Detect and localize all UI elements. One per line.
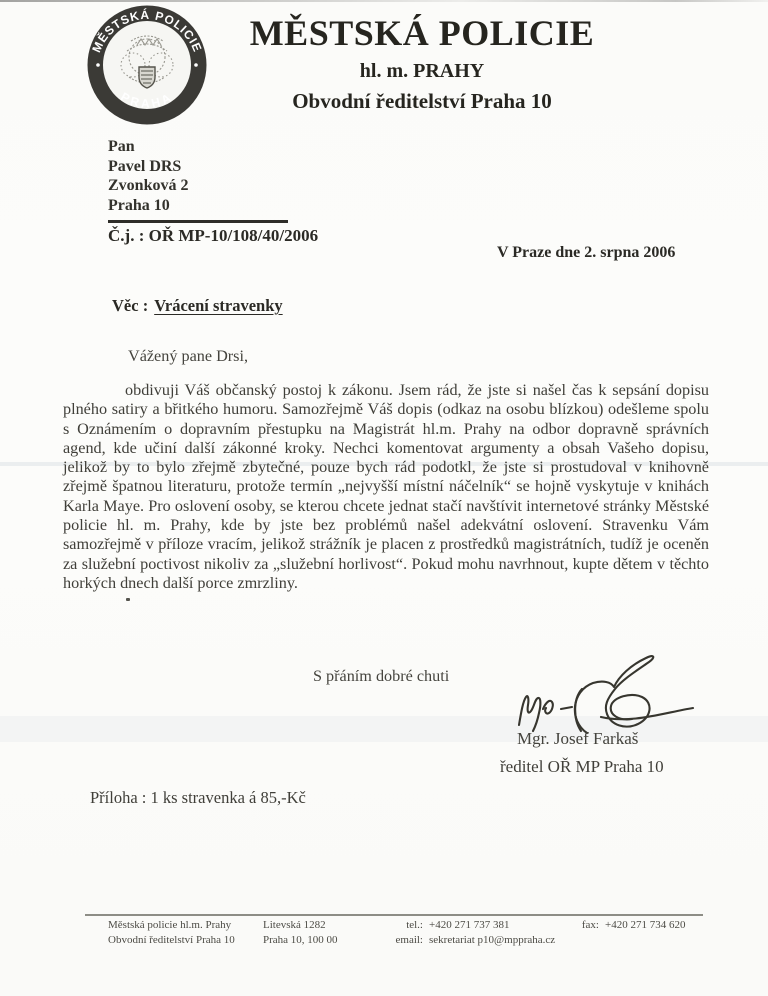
letter-page: MĚSTSKÁ POLICIE PRAHA MĚSTSKÁ POLICIE hl… <box>0 0 768 996</box>
scan-speck-artifact <box>126 598 130 601</box>
footer-tel-label: tel.: <box>385 918 423 933</box>
footer-fax-label: fax: <box>573 918 599 933</box>
recipient-line: Praha 10 <box>108 196 188 216</box>
recipient-line: Zvonková 2 <box>108 176 188 196</box>
closing-phrase: S přáním dobré chuti <box>313 667 449 686</box>
handwritten-signature <box>503 647 703 742</box>
scan-edge-artifact <box>0 0 768 2</box>
footer-fax: fax: +420 271 734 620 <box>573 918 685 933</box>
footer-address-line: Praha 10, 100 00 <box>263 933 338 948</box>
org-division: Obvodní ředitelství Praha 10 <box>230 89 614 114</box>
recipient-line: Pan <box>108 137 188 157</box>
signer-name: Mgr. Josef Farkaš <box>517 729 638 749</box>
signer-title: ředitel OŘ MP Praha 10 <box>500 757 664 777</box>
footer-divider <box>85 914 703 916</box>
reference-divider <box>108 220 288 223</box>
footer-org: Městská policie hl.m. Prahy Obvodní ředi… <box>108 918 235 948</box>
subject-line: Věc :Vrácení stravenky <box>112 296 283 316</box>
footer-tel-value: +420 271 737 381 <box>429 918 509 933</box>
footer-email-value: sekretariat p10@mppraha.cz <box>429 933 555 948</box>
letterhead: MĚSTSKÁ POLICIE hl. m. PRAHY Obvodní řed… <box>230 14 614 114</box>
footer-tel: tel.: +420 271 737 381 <box>385 918 555 933</box>
body-paragraph: obdivuji Váš občanský postoj k zákonu. J… <box>63 381 709 593</box>
city-police-seal-icon: MĚSTSKÁ POLICIE PRAHA <box>87 5 207 125</box>
recipient-address: Pan Pavel DRS Zvonková 2 Praha 10 <box>108 137 188 215</box>
footer-contact: tel.: +420 271 737 381 email: sekretaria… <box>385 918 555 948</box>
attachment-note: Příloha : 1 ks stravenka á 85,-Kč <box>90 788 306 808</box>
footer-address: Litevská 1282 Praha 10, 100 00 <box>263 918 338 948</box>
footer-address-line: Litevská 1282 <box>263 918 338 933</box>
recipient-line: Pavel DRS <box>108 157 188 177</box>
date-line: V Praze dne 2. srpna 2006 <box>497 244 675 262</box>
org-subtitle: hl. m. PRAHY <box>230 60 614 83</box>
footer-email-label: email: <box>385 933 423 948</box>
org-name: MĚSTSKÁ POLICIE <box>230 14 614 52</box>
footer-org-line: Obvodní ředitelství Praha 10 <box>108 933 235 948</box>
footer-fax-line: fax: +420 271 734 620 <box>573 918 685 933</box>
subject-text: Vrácení stravenky <box>154 296 282 315</box>
subject-label: Věc : <box>112 296 148 315</box>
footer-email: email: sekretariat p10@mppraha.cz <box>385 933 555 948</box>
reference-number: Č.j. : OŘ MP-10/108/40/2006 <box>108 226 318 246</box>
footer-org-line: Městská policie hl.m. Prahy <box>108 918 235 933</box>
salutation: Vážený pane Drsi, <box>128 347 248 366</box>
footer-fax-value: +420 271 734 620 <box>605 918 685 933</box>
